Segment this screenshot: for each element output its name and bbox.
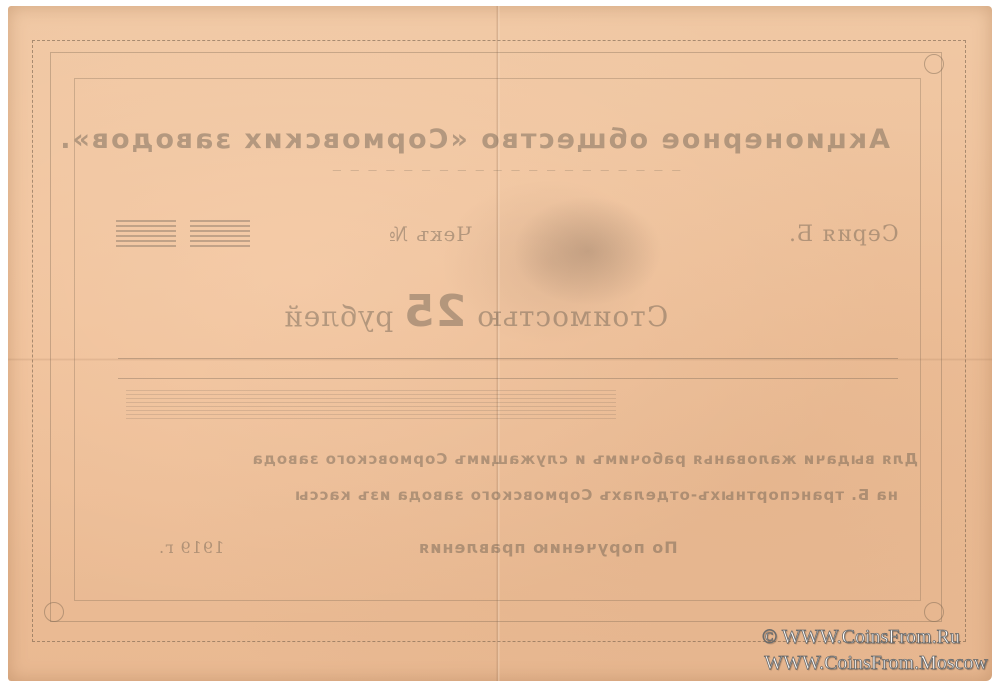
denomination-prefix: Стоимостью (476, 300, 668, 333)
series-label: Серия Б. (788, 222, 899, 247)
number-stamp (116, 220, 176, 250)
watermark-line-2: WWW.CoinsFrom.Moscow (764, 652, 988, 675)
hatched-band (126, 390, 616, 422)
signature-line: По поручению правления (418, 538, 678, 557)
note-subtitle: — — — — — — — — — — — — — — — — — — — — (120, 166, 890, 176)
body-line-2: на Б. транспортныхъ-отделахъ Сормовского… (158, 486, 898, 504)
banknote-paper: Акционерное общество «Сормовских заводов… (8, 6, 992, 681)
watermark-line-1: © WWW.CoinsFrom.Ru (762, 626, 960, 649)
corner-ornament-icon (44, 602, 64, 622)
denomination-suffix: рублей (283, 300, 393, 333)
year-label: 1919 г. (158, 538, 224, 557)
rule (118, 358, 898, 359)
inner-frame (74, 78, 921, 601)
rule (118, 378, 898, 379)
note-title: Акционерное общество «Сормовских заводов… (120, 124, 890, 155)
corner-ornament-icon (924, 54, 944, 74)
number-stamp (190, 220, 250, 250)
corner-ornament-icon (924, 602, 944, 622)
cheque-number-label: Чекъ № (388, 222, 472, 246)
denomination: Стоимостью 25 рублей (283, 286, 668, 337)
denomination-value: 25 (403, 286, 466, 337)
body-line-1: Для выдачи жалованья рабочимъ и служащим… (158, 450, 918, 468)
